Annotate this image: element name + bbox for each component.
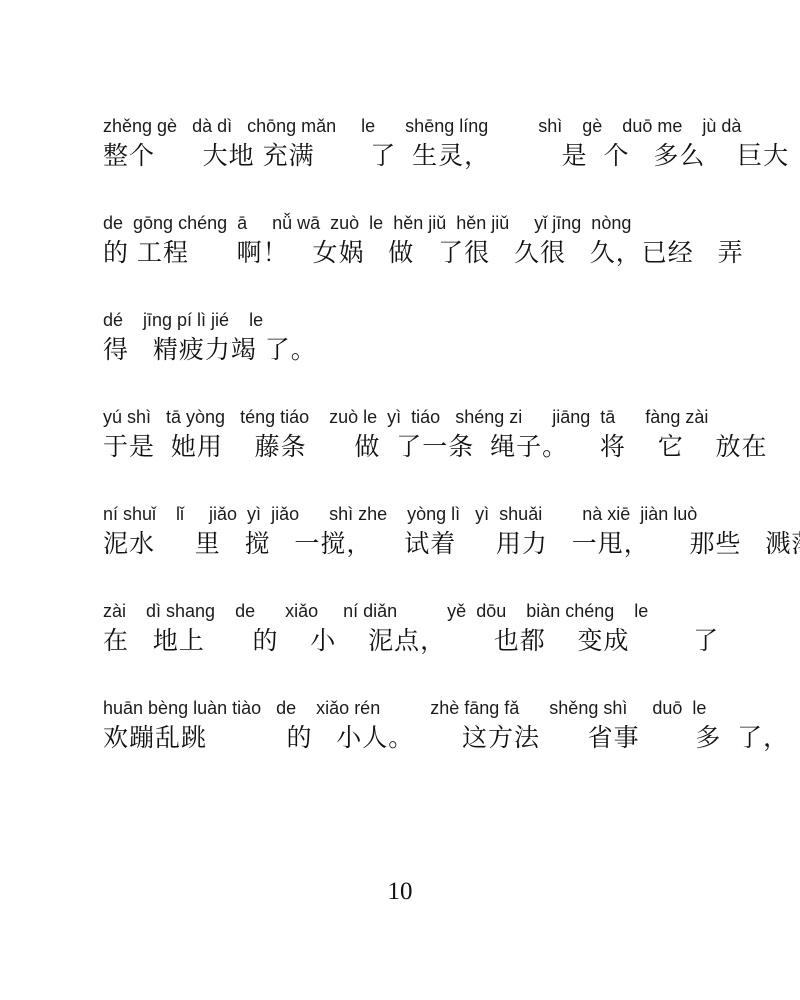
hanzi-line: 于是 她用 藤条 做 了一条 绳子。 将 它 放在 <box>103 430 753 464</box>
hanzi-line: 整个 大地 充满 了 生灵， 是 个 多么 巨大 <box>103 139 753 173</box>
text-line-pair: zài dì shang de xiǎo ní diǎn yě dōu biàn… <box>103 598 753 658</box>
story-text-block: zhěng gè dà dì chōng mǎn le shēng líng s… <box>103 113 753 792</box>
pinyin-line: dé jīng pí lì jié le <box>103 307 753 333</box>
hanzi-line: 的 工程 啊！ 女娲 做 了很 久很 久，已经 弄 <box>103 236 753 270</box>
text-line-pair: huān bèng luàn tiào de xiǎo rén zhè fāng… <box>103 695 753 755</box>
text-line-pair: zhěng gè dà dì chōng mǎn le shēng líng s… <box>103 113 753 173</box>
hanzi-line: 得 精疲力竭 了。 <box>103 333 753 367</box>
text-line-pair: yú shì tā yòng téng tiáo zuò le yì tiáo … <box>103 404 753 464</box>
pinyin-line: zhěng gè dà dì chōng mǎn le shēng líng s… <box>103 113 753 139</box>
hanzi-line: 欢蹦乱跳 的 小人。 这方法 省事 多 了， <box>103 721 753 755</box>
hanzi-line: 在 地上 的 小 泥点， 也都 变成 了 <box>103 624 753 658</box>
text-line-pair: dé jīng pí lì jié le 得 精疲力竭 了。 <box>103 307 753 367</box>
pinyin-line: huān bèng luàn tiào de xiǎo rén zhè fāng… <box>103 695 753 721</box>
page-number: 10 <box>0 878 800 906</box>
pinyin-line: de gōng chéng ā nǚ wā zuò le hěn jiǔ hěn… <box>103 210 753 236</box>
pinyin-line: ní shuǐ lǐ jiǎo yì jiǎo shì zhe yòng lì … <box>103 501 753 527</box>
hanzi-line: 泥水 里 搅 一搅， 试着 用力 一甩， 那些 溅落 <box>103 527 753 561</box>
text-line-pair: de gōng chéng ā nǚ wā zuò le hěn jiǔ hěn… <box>103 210 753 270</box>
text-line-pair: ní shuǐ lǐ jiǎo yì jiǎo shì zhe yòng lì … <box>103 501 753 561</box>
pinyin-line: yú shì tā yòng téng tiáo zuò le yì tiáo … <box>103 404 753 430</box>
pinyin-line: zài dì shang de xiǎo ní diǎn yě dōu biàn… <box>103 598 753 624</box>
